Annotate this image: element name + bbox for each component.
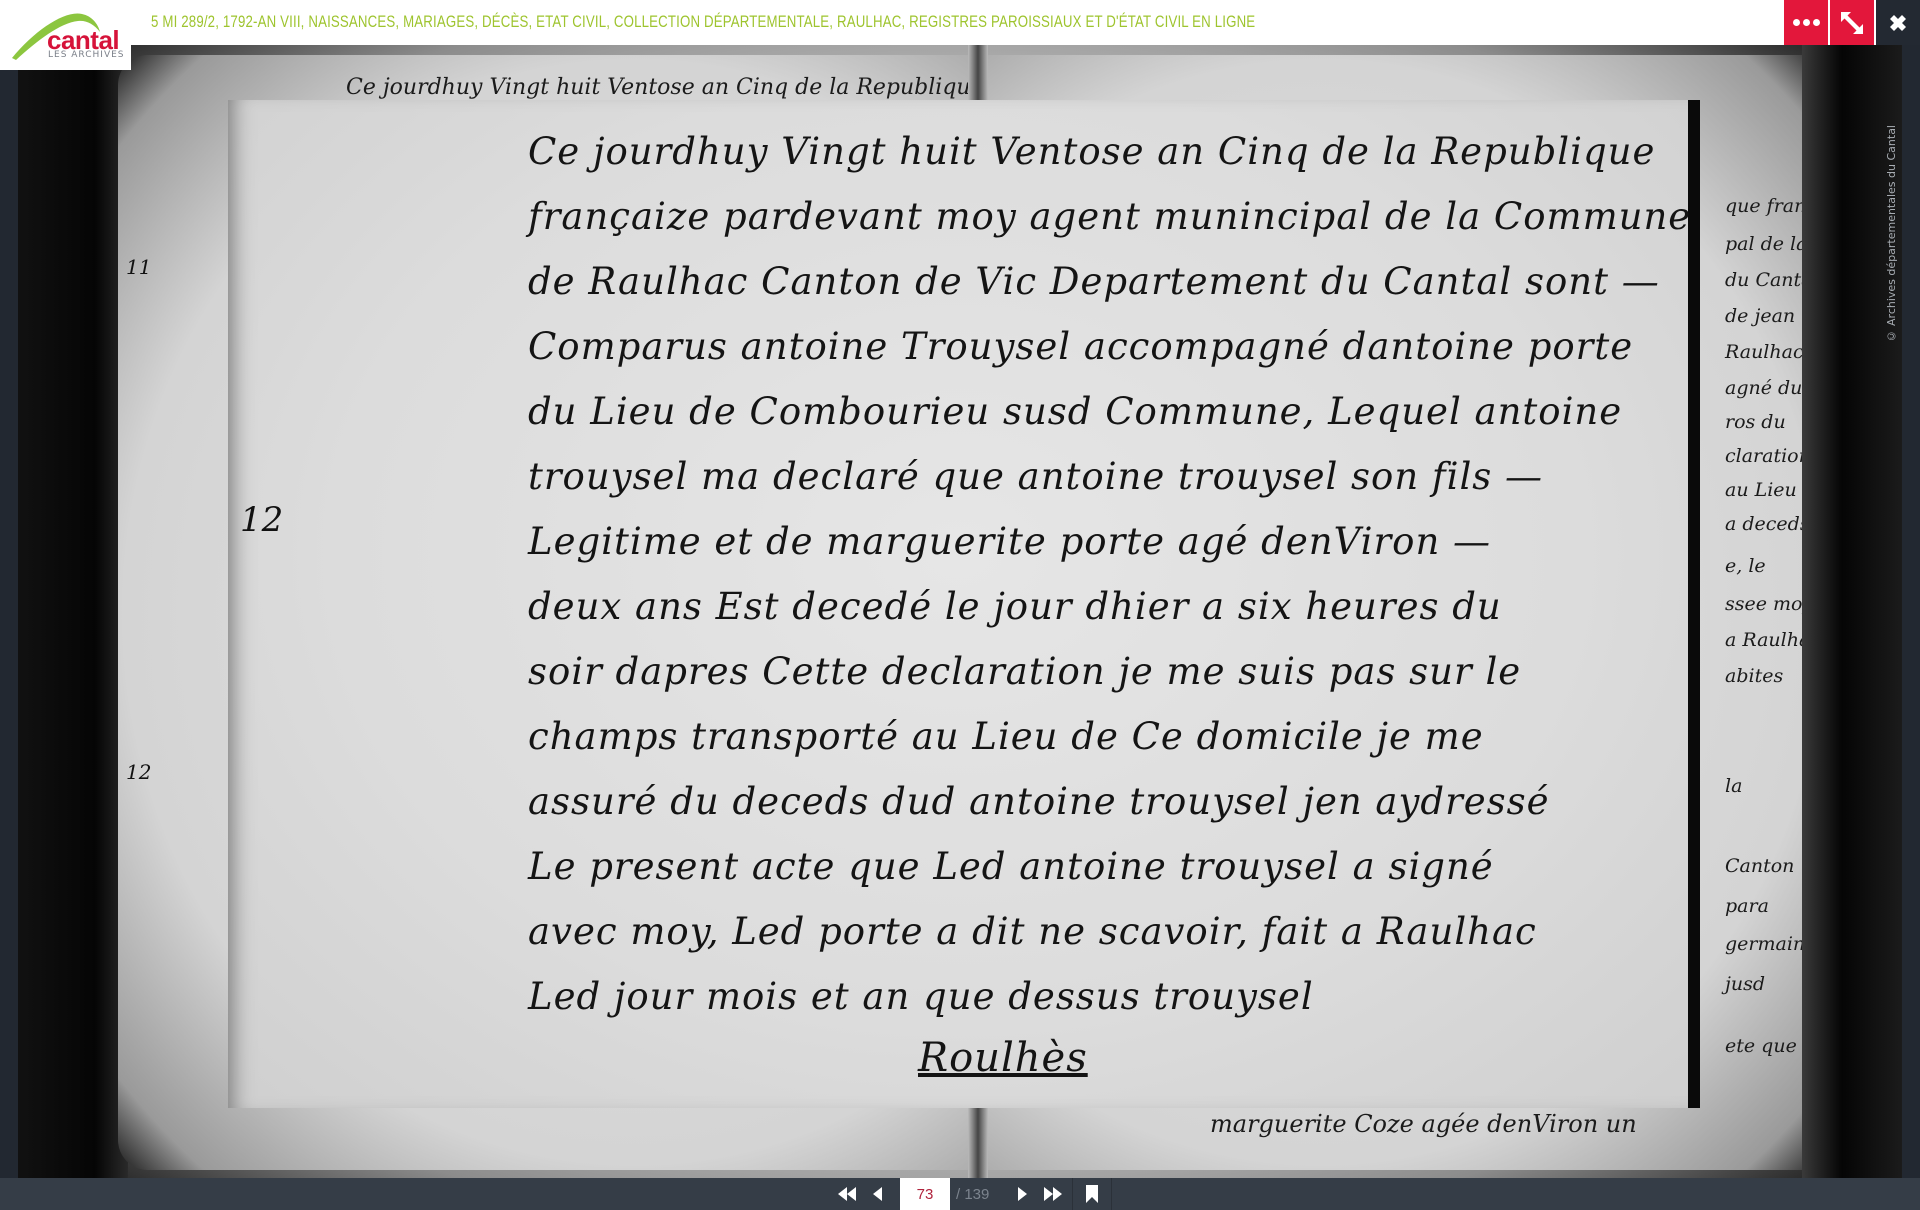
right-column-line: pal de la	[1725, 233, 1807, 255]
chevron-right-icon	[1016, 1185, 1030, 1203]
close-x-icon	[1886, 11, 1910, 35]
total-pages-label: / 139	[956, 1186, 1008, 1203]
right-column-line: Canton	[1725, 855, 1794, 877]
right-column-line: la	[1725, 775, 1742, 797]
transcript-line: champs transporté au Lieu de Ce domicile…	[528, 715, 1484, 758]
zoomed-detail-region: 12 Ce jourdhuy Vingt huit Ventose an Cin…	[228, 100, 1700, 1108]
copyright-notice: © Archives départementales du Cantal	[1885, 125, 1898, 342]
transcript-line: avec moy, Led porte a dit ne scavoir, fa…	[528, 910, 1537, 953]
logo-subtitle: LES ARCHIVES	[48, 50, 125, 60]
transcript-line: Led jour mois et an que dessus trouysel	[528, 975, 1314, 1018]
cantal-archives-logo[interactable]: cantal LES ARCHIVES	[0, 0, 131, 70]
bookmark-button[interactable]	[1077, 1178, 1107, 1210]
double-chevron-left-icon	[835, 1185, 859, 1203]
divider	[1072, 1178, 1073, 1210]
last-page-button[interactable]	[1038, 1178, 1068, 1210]
first-page-button[interactable]	[832, 1178, 862, 1210]
right-column-line: ssee moy	[1725, 593, 1813, 615]
double-chevron-right-icon	[1041, 1185, 1065, 1203]
transcript-line: deux ans Est decedé le jour dhier a six …	[528, 585, 1502, 628]
expand-arrows-icon	[1838, 9, 1866, 37]
transcript-line: assuré du deceds dud antoine trouysel je…	[528, 780, 1550, 823]
header-bar: 5 MI 289/2, 1792-AN VIII, NAISSANCES, MA…	[0, 0, 1920, 45]
ellipsis-icon	[1793, 19, 1820, 26]
divider	[1111, 1178, 1112, 1210]
next-page-button[interactable]	[1008, 1178, 1038, 1210]
right-column-line: ros du	[1725, 411, 1786, 433]
right-column-line: ete que	[1725, 1035, 1797, 1057]
right-column-line: abites	[1725, 665, 1783, 687]
current-page-input[interactable]: 73	[900, 1178, 950, 1210]
transcript-line: soir dapres Cette declaration je me suis…	[528, 650, 1521, 693]
document-title: 5 MI 289/2, 1792-AN VIII, NAISSANCES, MA…	[151, 12, 1255, 32]
entry-number: 12	[240, 500, 283, 540]
margin-number: 11	[126, 255, 151, 279]
right-column-line: e, le	[1725, 555, 1766, 577]
transcript-line: françaize pardevant moy agent munincipal…	[528, 195, 1691, 238]
right-column-line: de jean	[1725, 305, 1795, 327]
fullscreen-button[interactable]	[1830, 0, 1874, 45]
right-column-line: jusd	[1725, 973, 1765, 995]
bookmark-icon	[1085, 1184, 1099, 1204]
transcript-line: Legitime et de marguerite porte agé denV…	[528, 520, 1491, 563]
image-viewer[interactable]: Ce jourdhuy Vingt huit Ventose an Cinq d…	[18, 45, 1902, 1178]
transcript-line: Le present acte que Led antoine trouysel…	[528, 845, 1494, 888]
previous-page-button[interactable]	[862, 1178, 892, 1210]
signature: Roulhès	[918, 1035, 1088, 1081]
page-navigation: 73 / 139	[832, 1178, 1116, 1210]
right-page-bottom-text: marguerite Coze agée denViron un	[1210, 1110, 1637, 1138]
right-column-line: Raulhac	[1725, 341, 1804, 363]
close-button[interactable]	[1876, 0, 1920, 45]
transcript-line: trouysel ma declaré que antoine trouysel…	[528, 455, 1543, 498]
more-options-button[interactable]	[1784, 0, 1828, 45]
margin-number: 12	[126, 760, 151, 784]
transcript-line: du Lieu de Combourieu susd Commune, Lequ…	[528, 390, 1622, 433]
right-column-line: a deceds	[1725, 513, 1810, 535]
chevron-left-icon	[870, 1185, 884, 1203]
right-column-line: au Lieu	[1725, 479, 1797, 501]
right-column-line: claration	[1725, 445, 1811, 467]
transcript-line: de Raulhac Canton de Vic Departement du …	[528, 260, 1660, 303]
right-column-line: para	[1725, 895, 1769, 917]
transcript-line: Comparus antoine Trouysel accompagné dan…	[528, 325, 1633, 368]
transcript-line: Ce jourdhuy Vingt huit Ventose an Cinq d…	[528, 130, 1655, 173]
book-edge-left	[18, 45, 128, 1178]
left-page-text: Ce jourdhuy Vingt huit Ventose an Cinq d…	[346, 75, 984, 100]
pager-bar: 73 / 139	[0, 1178, 1920, 1210]
